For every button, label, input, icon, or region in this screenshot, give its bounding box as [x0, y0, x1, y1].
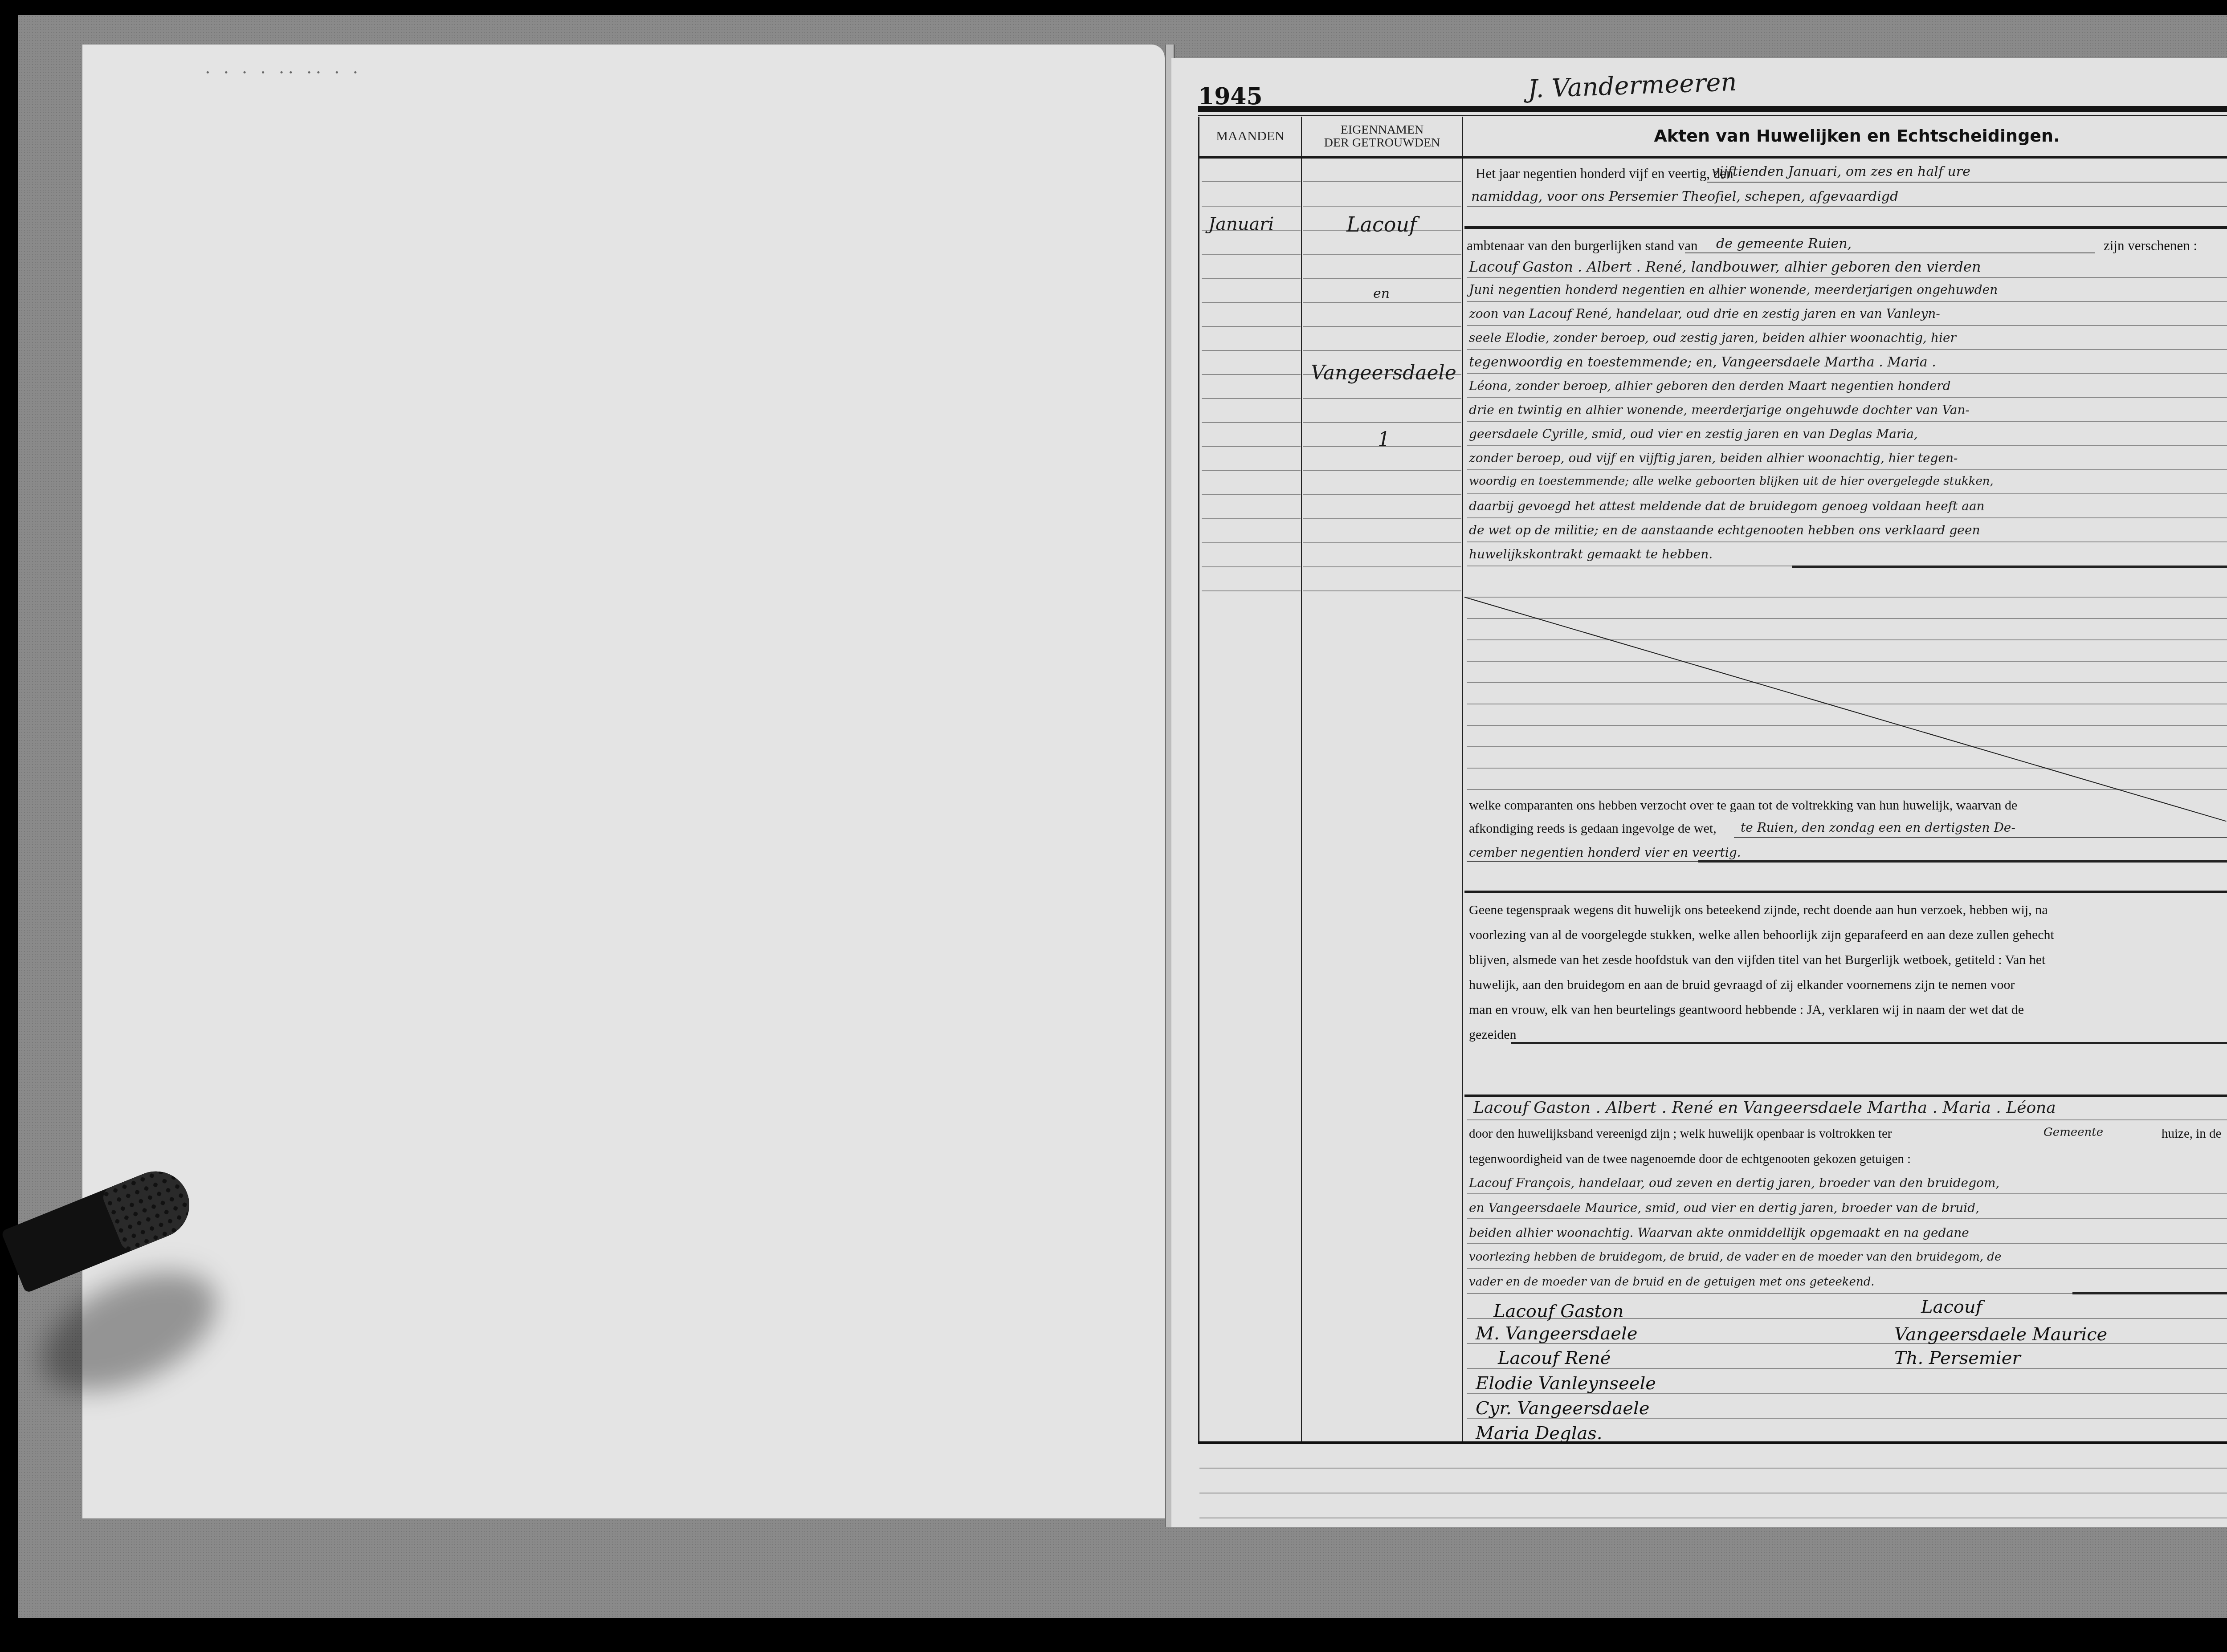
ruled-line — [1202, 302, 1301, 303]
ruled-line — [1202, 494, 1301, 495]
ruled-line — [1202, 374, 1301, 375]
ruled-line — [1202, 590, 1301, 591]
ruled-line — [1303, 590, 1461, 591]
union-printed: door den huwelijksband vereenigd zijn ; … — [1469, 1127, 1892, 1141]
act-intro-officer-name: namiddag, voor ons Persemier Theofiel, s… — [1471, 189, 1898, 204]
declaration-line: man en vrouw, elk van hen beurtelings ge… — [1469, 1002, 2024, 1017]
cancellation-diagonal — [1464, 597, 2227, 822]
section-rule — [1464, 226, 2227, 229]
ruled-line — [1303, 206, 1461, 207]
signature-bride-father: Cyr. Vangeersdaele — [1476, 1398, 1649, 1419]
fill-line — [1685, 252, 2095, 253]
signature-groom: Lacouf Gaston — [1493, 1301, 1623, 1322]
parties-line: geersdaele Cyrille, smid, oud vier en ze… — [1469, 427, 1918, 441]
union-place: Gemeente — [2043, 1126, 2103, 1139]
parties-line: huwelijkskontrakt gemaakt te hebben. — [1469, 547, 1713, 562]
signature-groom-father: Lacouf René — [1498, 1348, 1611, 1368]
ruled-line — [1303, 470, 1461, 471]
ruled-line — [1202, 446, 1301, 447]
register-form: MAANDEN EIGENNAMEN DER GETROUWDEN Akten … — [1198, 117, 2227, 1444]
ruled-line — [1303, 494, 1461, 495]
margin-month: Januari — [1208, 214, 1274, 234]
section-rule — [1464, 1095, 2227, 1097]
signature-witness-2: Vangeersdaele Maurice — [1894, 1324, 2107, 1345]
witness-intro: tegenwoordigheid van de twee nagenoemde … — [1469, 1152, 1911, 1167]
ruled-line — [1467, 1119, 2227, 1120]
fill-line — [1707, 182, 2227, 183]
ruled-line — [1199, 1518, 2227, 1518]
parties-line: Lacouf Gaston . Albert . René, landbouwe… — [1469, 258, 1981, 275]
act-intro-date: vijftienden Januari, om zes en half ure — [1712, 164, 1970, 179]
closing-dash — [1698, 860, 2227, 863]
margin-act-number: 1 — [1378, 428, 1390, 451]
signature-groom-mother: Elodie Vanleynseele — [1476, 1373, 1656, 1394]
ruled-line — [1467, 349, 2227, 350]
ink-bleed-through: · · · · ·· ·· · · — [205, 62, 362, 83]
ruled-line — [1467, 1218, 2227, 1219]
column-header-rule — [1199, 156, 2227, 159]
ruled-line — [1467, 493, 2227, 494]
fill-line — [1467, 206, 2227, 207]
ruled-line — [1467, 325, 2227, 326]
ruled-line — [1303, 181, 1461, 182]
parties-line: daarbij gevoegd het attest meldende dat … — [1469, 499, 1985, 513]
closing-dash — [1511, 1042, 2227, 1044]
ruled-line — [1202, 254, 1301, 255]
ruled-line — [1202, 350, 1301, 351]
witness-line: en Vangeersdaele Maurice, smid, oud vier… — [1469, 1200, 1979, 1215]
parties-line: de wet op de militie; en de aanstaande e… — [1469, 523, 1980, 537]
fill-line — [1734, 837, 2227, 838]
section-rule — [1464, 891, 2227, 893]
ruled-line — [1199, 1468, 2227, 1469]
ruled-line — [1467, 639, 2227, 640]
parties-line: drie en twintig en alhier wonende, meerd… — [1469, 403, 1970, 417]
register-title: Akten van Huwelijken en Echtscheidingen. — [1463, 117, 2227, 156]
ruled-line — [1202, 470, 1301, 471]
parties-line: zonder beroep, oud vijf en vijftig jaren… — [1469, 451, 1958, 465]
ruled-line — [1467, 421, 2227, 422]
signature-bride-mother: Maria Deglas. — [1476, 1423, 1603, 1444]
declaration-line: Geene tegenspraak wegens dit huwelijk on… — [1469, 903, 2048, 918]
margin-bride-surname: Vangeersdaele — [1311, 362, 1456, 384]
ruled-line — [1202, 181, 1301, 182]
ruled-line — [1303, 398, 1461, 399]
declaration-line: gezeiden — [1469, 1027, 1517, 1042]
ruled-line — [1467, 373, 2227, 374]
ruled-line — [1467, 397, 2227, 398]
publication-hand-cont: cember negentien honderd vier en veertig… — [1469, 845, 1741, 860]
column-divider-months — [1301, 117, 1302, 1444]
ruled-line — [1303, 278, 1461, 279]
ruled-line — [1467, 445, 2227, 446]
ruled-line — [1303, 326, 1461, 327]
witness-line: beiden alhier woonachtig. Waarvan akte o… — [1469, 1225, 1969, 1240]
header-rule-thick — [1198, 106, 2227, 112]
ruled-line — [1202, 566, 1301, 567]
column-header-months: MAANDEN — [1199, 117, 1301, 156]
left-page-blank — [82, 45, 1165, 1518]
margin-conjunction: en — [1373, 286, 1390, 301]
parties-line: Léona, zonder beroep, alhier geboren den… — [1469, 378, 1951, 393]
ruled-line — [1202, 422, 1301, 423]
ruled-line — [1467, 277, 2227, 278]
column-divider-names — [1462, 117, 1463, 1444]
closing-dash — [1792, 566, 2227, 568]
parties-line: Juni negentien honderd negentien en alhi… — [1469, 282, 1998, 297]
ruled-line — [1467, 469, 2227, 470]
ruled-line — [1467, 301, 2227, 302]
ruled-line — [1303, 254, 1461, 255]
ruled-line — [1303, 518, 1461, 519]
appeared-label: zijn verschenen : — [2104, 238, 2197, 254]
union-printed-b: huize, in de — [2162, 1127, 2221, 1141]
ruled-line — [1467, 541, 2227, 542]
column-header-names-line2: DER GETROUWDEN — [1324, 136, 1440, 149]
signature-witness-1: Lacouf — [1921, 1297, 1982, 1317]
declaration-line: voorlezing van al de voorgelegde stukken… — [1469, 928, 2054, 943]
parties-line: tegenwoordig en toestemmende; en, Vangee… — [1469, 354, 1936, 370]
ruled-line — [1467, 682, 2227, 683]
ruled-line — [1467, 1268, 2227, 1269]
ruled-line — [1303, 566, 1461, 567]
couple-names: Lacouf Gaston . Albert . René en Vangeer… — [1473, 1099, 2056, 1117]
publication-hand: te Ruien, den zondag een en dertigsten D… — [1741, 820, 2015, 835]
ruled-line — [1303, 350, 1461, 351]
ruled-line — [1202, 518, 1301, 519]
declaration-line: huwelijk, aan den bruidegom en aan de br… — [1469, 977, 2015, 993]
parties-line: woordig en toestemmende; alle welke gebo… — [1469, 475, 1994, 488]
ruled-line — [1199, 1493, 2227, 1493]
officer-label: ambtenaar van den burgerlijken stand van — [1467, 238, 1698, 254]
ruled-line — [1467, 746, 2227, 747]
closing-dash — [2072, 1292, 2227, 1294]
ruled-line — [1467, 768, 2227, 769]
witness-line: voorlezing hebben de bruidegom, de bruid… — [1469, 1250, 2001, 1264]
ruled-line — [1303, 542, 1461, 543]
ruled-line — [1467, 597, 2227, 598]
witness-line: Lacouf François, handelaar, oud zeven en… — [1469, 1176, 1999, 1190]
header-rule-thin — [1198, 115, 2227, 116]
ruled-line — [1467, 618, 2227, 619]
parties-line: seele Elodie, zonder beroep, oud zestig … — [1469, 330, 1956, 345]
publication-printed: afkondiging reeds is gedaan ingevolge de… — [1469, 821, 1717, 836]
ruled-line — [1467, 517, 2227, 518]
ruled-line — [1467, 725, 2227, 726]
parties-line: zoon van Lacouf René, handelaar, oud dri… — [1469, 306, 1940, 321]
request-printed: welke comparanten ons hebben verzocht ov… — [1469, 798, 2017, 813]
form-bottom-rule — [1198, 1441, 2227, 1444]
ruled-line — [1303, 422, 1461, 423]
ruled-line — [1202, 326, 1301, 327]
ruled-line — [1202, 542, 1301, 543]
ruled-line — [1202, 206, 1301, 207]
ruled-line — [1467, 1193, 2227, 1194]
ruled-line — [1467, 1243, 2227, 1244]
witness-line: vader en de moeder van de bruid en de ge… — [1469, 1275, 1875, 1289]
municipality-value: de gemeente Ruien, — [1716, 236, 1852, 252]
signature-officer: Th. Persemier — [1894, 1348, 2021, 1368]
ruled-line — [1202, 278, 1301, 279]
margin-groom-surname: Lacouf — [1346, 212, 1417, 236]
column-header-names-line1: EIGENNAMEN — [1324, 123, 1440, 136]
act-intro-printed: Het jaar negentien honderd vijf en veert… — [1476, 166, 1733, 182]
ruled-line — [1467, 661, 2227, 662]
ruled-line — [1467, 704, 2227, 704]
ruled-line — [1303, 302, 1461, 303]
column-header-names: EIGENNAMEN DER GETROUWDEN — [1302, 117, 1462, 156]
signature-bride: M. Vangeersdaele — [1476, 1323, 1637, 1344]
declaration-line: blijven, alsmede van het zesde hoofdstuk… — [1469, 952, 2045, 968]
ruled-line — [1467, 789, 2227, 790]
ruled-line — [1202, 398, 1301, 399]
